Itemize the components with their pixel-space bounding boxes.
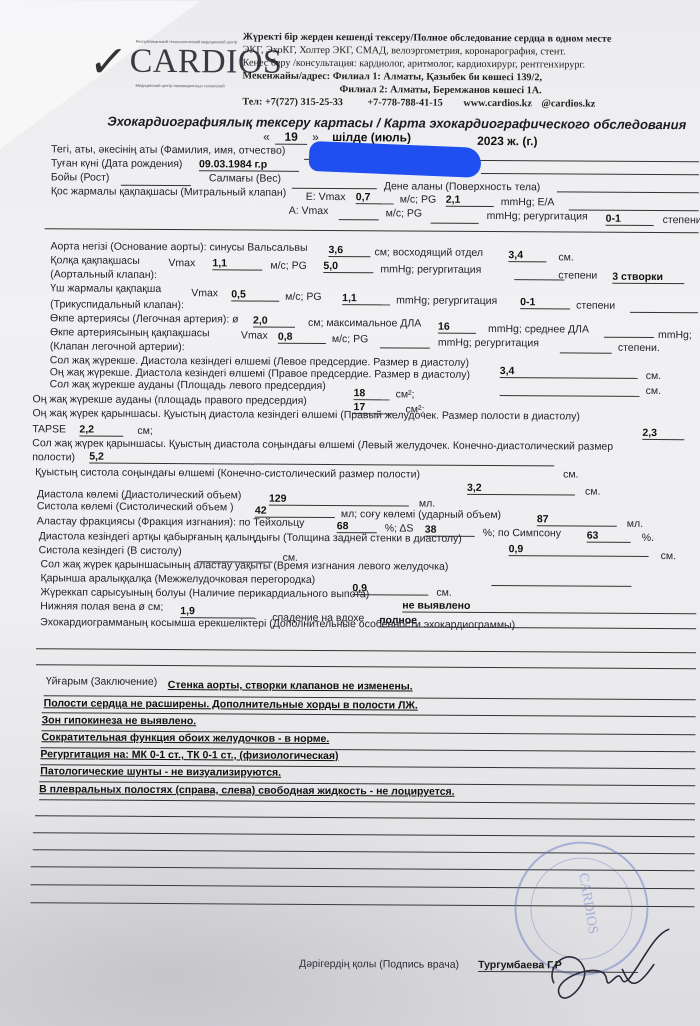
pa-label: Өкпе артериясы (Легочная артерия): ø [50, 312, 239, 325]
aortic-vmax: 1,1 [212, 257, 262, 270]
aortic-cusps: 3 створки [612, 271, 684, 284]
aortic-degree: степени [558, 269, 597, 281]
aortic-pg: 5,0 [323, 260, 373, 273]
lv-esd-value: 3,2 [467, 482, 575, 496]
date-year: 2023 ж. (г.) [477, 134, 537, 148]
ra-area-label: Оң жақ жүрекше ауданы (площадь правого п… [33, 393, 307, 407]
mitral-degree: степени [663, 214, 700, 226]
mitral-e-vmax-label: E: Vmax [306, 191, 346, 203]
signature-label: Дәрігердің қолы (Подпись врача) [299, 958, 459, 971]
header-phone-2: +7-778-788-41-15 [367, 97, 442, 108]
pv-degree: степени. [618, 342, 660, 354]
pw-unit: см. [661, 550, 676, 562]
lv-esd-unit: см. [585, 486, 600, 498]
la-area-unit: см²; [396, 388, 415, 400]
date-open-quote: « [263, 130, 270, 144]
pv-vmax: 0,8 [278, 331, 326, 344]
header-instagram: @cardios.kz [541, 98, 595, 109]
mitral-mmhg-reg: mmHg; регургитация [487, 210, 588, 223]
pa-diameter: 2,0 [253, 315, 295, 328]
mitral-label: Қос жармалы қақпақшасы (Митральный клапа… [51, 185, 286, 198]
height-label: Бойы (Рост) [51, 171, 110, 183]
sv-label: мл; соғу көлемі (ударный объем) [341, 508, 501, 521]
mitral-a-vmax-label: A: Vmax [289, 205, 329, 217]
aorta-cm-asc: см; восходящий отдел [374, 246, 483, 259]
aortic-valve-label-ru: (Аортальный клапан): [50, 268, 157, 281]
pv-label: Өкпе артериясының қақпақшасы [50, 326, 210, 339]
checkmark-logo-icon: ✓ [86, 37, 130, 88]
lv-esd-label: Қуыстың систола соңындағы өлшемі (Конечн… [35, 466, 420, 480]
la-unit: см. [646, 370, 661, 382]
pa-cm-max: см; максимальное ДЛА [308, 317, 421, 330]
mitral-e-pg: 2,1 [446, 194, 494, 207]
tapse-unit: см; [137, 425, 152, 437]
tricuspid-degree: степени [576, 300, 615, 312]
aorta-ascending: 3,4 [508, 249, 546, 262]
conclusion-label: Үйғарым (Заключение) [46, 675, 157, 688]
dob-label: Туған күні (Дата рождения) [51, 157, 182, 170]
pv-vmax-label: Vmax [241, 329, 268, 341]
mitral-a-ms-pg: м/с; PG [386, 207, 422, 219]
mitral-ms-pg: м/с; PG [400, 193, 436, 205]
la-area-label: Сол жақ жүрекше ауданы (Площадь левого п… [50, 378, 326, 392]
aortic-ms-pg: м/с; PG [270, 260, 306, 272]
conclusion-line: В плевральных полостях (справа, слева) с… [39, 783, 455, 798]
pw-value: 0,9 [509, 543, 649, 557]
pv-label-ru: (Клапан легочной артерии): [50, 340, 185, 353]
header-website: www.cardios.kz [463, 98, 532, 109]
weight-label: Салмағы (Вес) [209, 172, 281, 184]
tapse-label: TAPSE [32, 423, 66, 435]
conclusion-line: Сократительная функция обоих желудочков … [41, 731, 329, 745]
aortic-vmax-label: Vmax [168, 257, 195, 269]
date-day: 19 [275, 130, 307, 145]
conclusion-line: Патологические шунты - не визуализируютс… [40, 765, 281, 778]
cardios-logo: ✓ Республиканский технологический медици… [89, 33, 239, 94]
pa-mmhg-mean: mmHg; среднее ДЛА [488, 323, 589, 336]
header-line-2: ЭКГ, ЭхоКГ, Холтер ЭКГ, СМАД, велоэргоме… [243, 44, 566, 57]
pa-max-pap: 16 [438, 321, 476, 334]
extra-features-label: Эхокардиограмманың косымша ерекшеліктері… [40, 616, 515, 631]
mitral-regurg: 0-1 [606, 213, 654, 226]
signature-scribble-icon [534, 923, 675, 1014]
patient-name-label: Тегі, аты, әкесінің аты (Фамилия, имя, о… [51, 143, 285, 156]
tricuspid-mmhg-reg: mmHg; регургитация [396, 294, 497, 307]
header-phone-1: Тел: +7(727) 315-25-33 [242, 96, 343, 108]
simpson-label: %; по Симпсону [483, 527, 561, 539]
esv-label: Систола көлемі (Систолический объем ) [37, 500, 234, 513]
conclusion-line: Зон гипокинеза не выявлено. [42, 714, 197, 727]
lv-edd-label-2: полости) [32, 451, 75, 463]
aortic-mmhg-reg: mmHg; регургитация [380, 263, 481, 276]
ef-label: Аластау фракциясы (Фракция изгнания): по… [37, 515, 305, 529]
ivs-unit: см. [436, 587, 451, 599]
aorta-cm: см. [558, 251, 573, 263]
aortic-valve-label: Қолқа қақпақшасы [50, 254, 139, 267]
tricuspid-pg: 1,1 [342, 292, 390, 305]
name-redaction [308, 141, 481, 178]
header-line-3: Кеңес беру /консультация: кардиолог, ари… [243, 57, 585, 70]
dob-value: 09.03.1984 г.р [199, 158, 299, 172]
pw-label: Диастола кезіндегі артқы қабырғаның қалы… [39, 530, 462, 545]
sv-value: 87 [537, 513, 617, 526]
tricuspid-vmax-label: Vmax [191, 287, 218, 299]
header-line-1: Жүректі бір жерден кешенді тексеру/Полно… [243, 31, 612, 44]
tapse-value: 2,2 [79, 423, 123, 436]
ef-simpson: 63 [587, 530, 631, 543]
lv-edd-unit: см. [563, 468, 578, 480]
la-value: 3,4 [500, 365, 638, 379]
header-line-4: Мекенжайы/адрес: Филиал 1: Алматы, Қазыб… [243, 70, 543, 83]
pv-ms-pg: м/с; PG [332, 333, 368, 345]
logo-tagline-bottom: Медицинский центр инновационных технолог… [135, 83, 224, 89]
pa-mmhg: mmHg; [658, 329, 692, 341]
systole-label: Систола кезіндегі (В систолу) [39, 544, 182, 557]
tricuspid-label-ru: (Трикуспидальный клапан): [50, 298, 184, 311]
ra-unit: см. [646, 385, 661, 397]
tricuspid-label: Үш жармалы қақпақша [50, 282, 161, 295]
pv-mmhg-reg: mmHg; регургитация [438, 337, 539, 350]
ivc-label: Нижняя полая вена ø см; [40, 600, 163, 613]
pericard-value: не выявлено [402, 599, 696, 614]
pericard-label: Жүреккап сарысуының болуы (Наличие перик… [40, 586, 369, 600]
conclusion-line: Регургитация на: МК 0-1 ст., ТК 0-1 ст.,… [40, 748, 338, 762]
lvet-label: Сол жақ жүрек қарыншасының аластау уақыт… [41, 558, 449, 572]
mitral-mmhg-ea: mmHg; E/A [501, 196, 555, 208]
header-line-5: Филиал 2: Алматы, Беремжанов көшесі 1А. [339, 84, 541, 96]
bsa-label: Дене аланы (Поверхность тела) [384, 180, 541, 193]
simpson-unit: %. [642, 532, 654, 544]
tricuspid-ms-pg: м/с; PG [285, 291, 321, 303]
aorta-sinus: 3,6 [328, 244, 370, 257]
la-area-value: 18 [354, 387, 390, 400]
echo-card-document: ✓ Республиканский технологический медици… [0, 0, 700, 1026]
rv-value: 2,3 [642, 427, 684, 440]
lv-edd-value: 5,2 [89, 451, 554, 467]
sv-unit: мл. [627, 518, 643, 530]
conclusion-line: Стенка аорты, створки клапанов не измене… [168, 679, 413, 692]
rv-label: Оң жақ жүрек қарыншасы. Қуыстың диастола… [32, 407, 579, 422]
aorta-label: Аорта негізі (Основание аорты): синусы В… [50, 240, 307, 254]
tricuspid-regurg: 0-1 [520, 296, 570, 309]
ivs-label: Қарынша аралыққалқа (Межжелудочковая пер… [40, 572, 315, 586]
mitral-e-vmax: 0,7 [356, 191, 394, 204]
tricuspid-vmax: 0,5 [231, 288, 279, 301]
conclusion-line: Полости сердца не расширены. Дополнитель… [44, 697, 418, 711]
